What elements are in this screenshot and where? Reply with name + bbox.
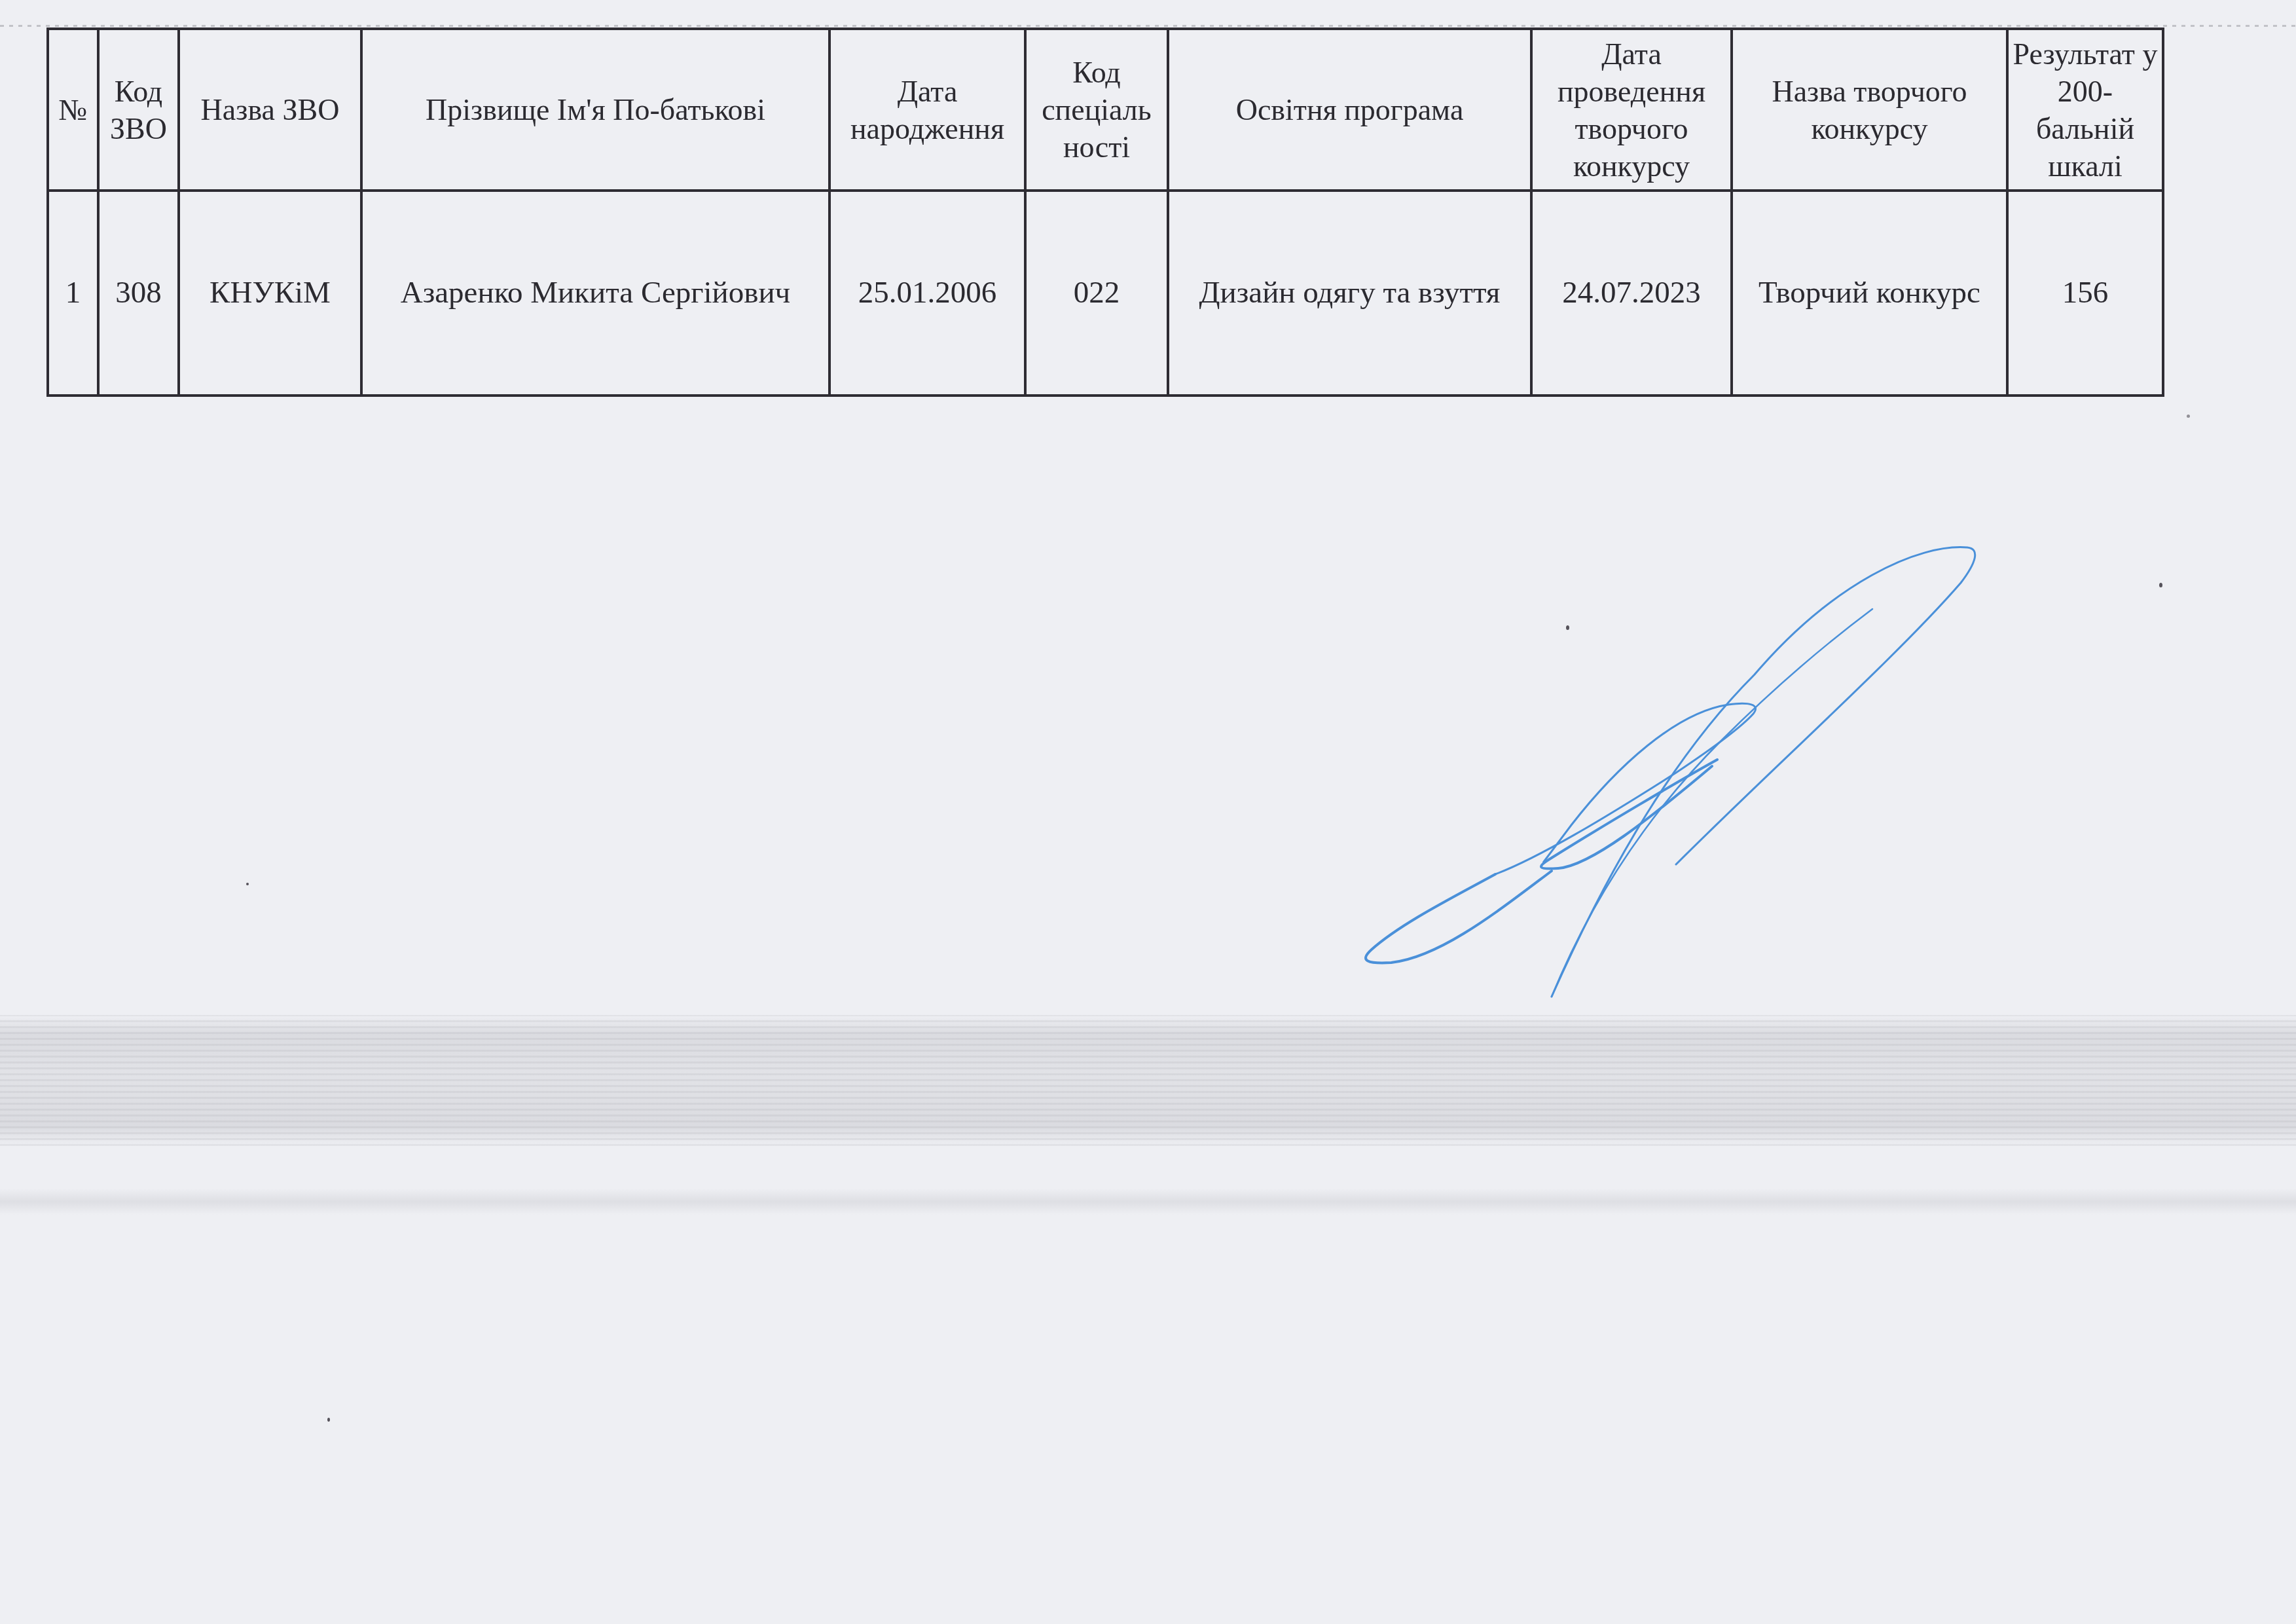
paper-speck [1566, 625, 1569, 630]
handwritten-signature [0, 0, 2296, 1624]
paper-speck [2187, 415, 2190, 418]
paper-speck [246, 883, 249, 885]
paper-speck [2159, 583, 2162, 587]
paper-speck [327, 1418, 330, 1422]
